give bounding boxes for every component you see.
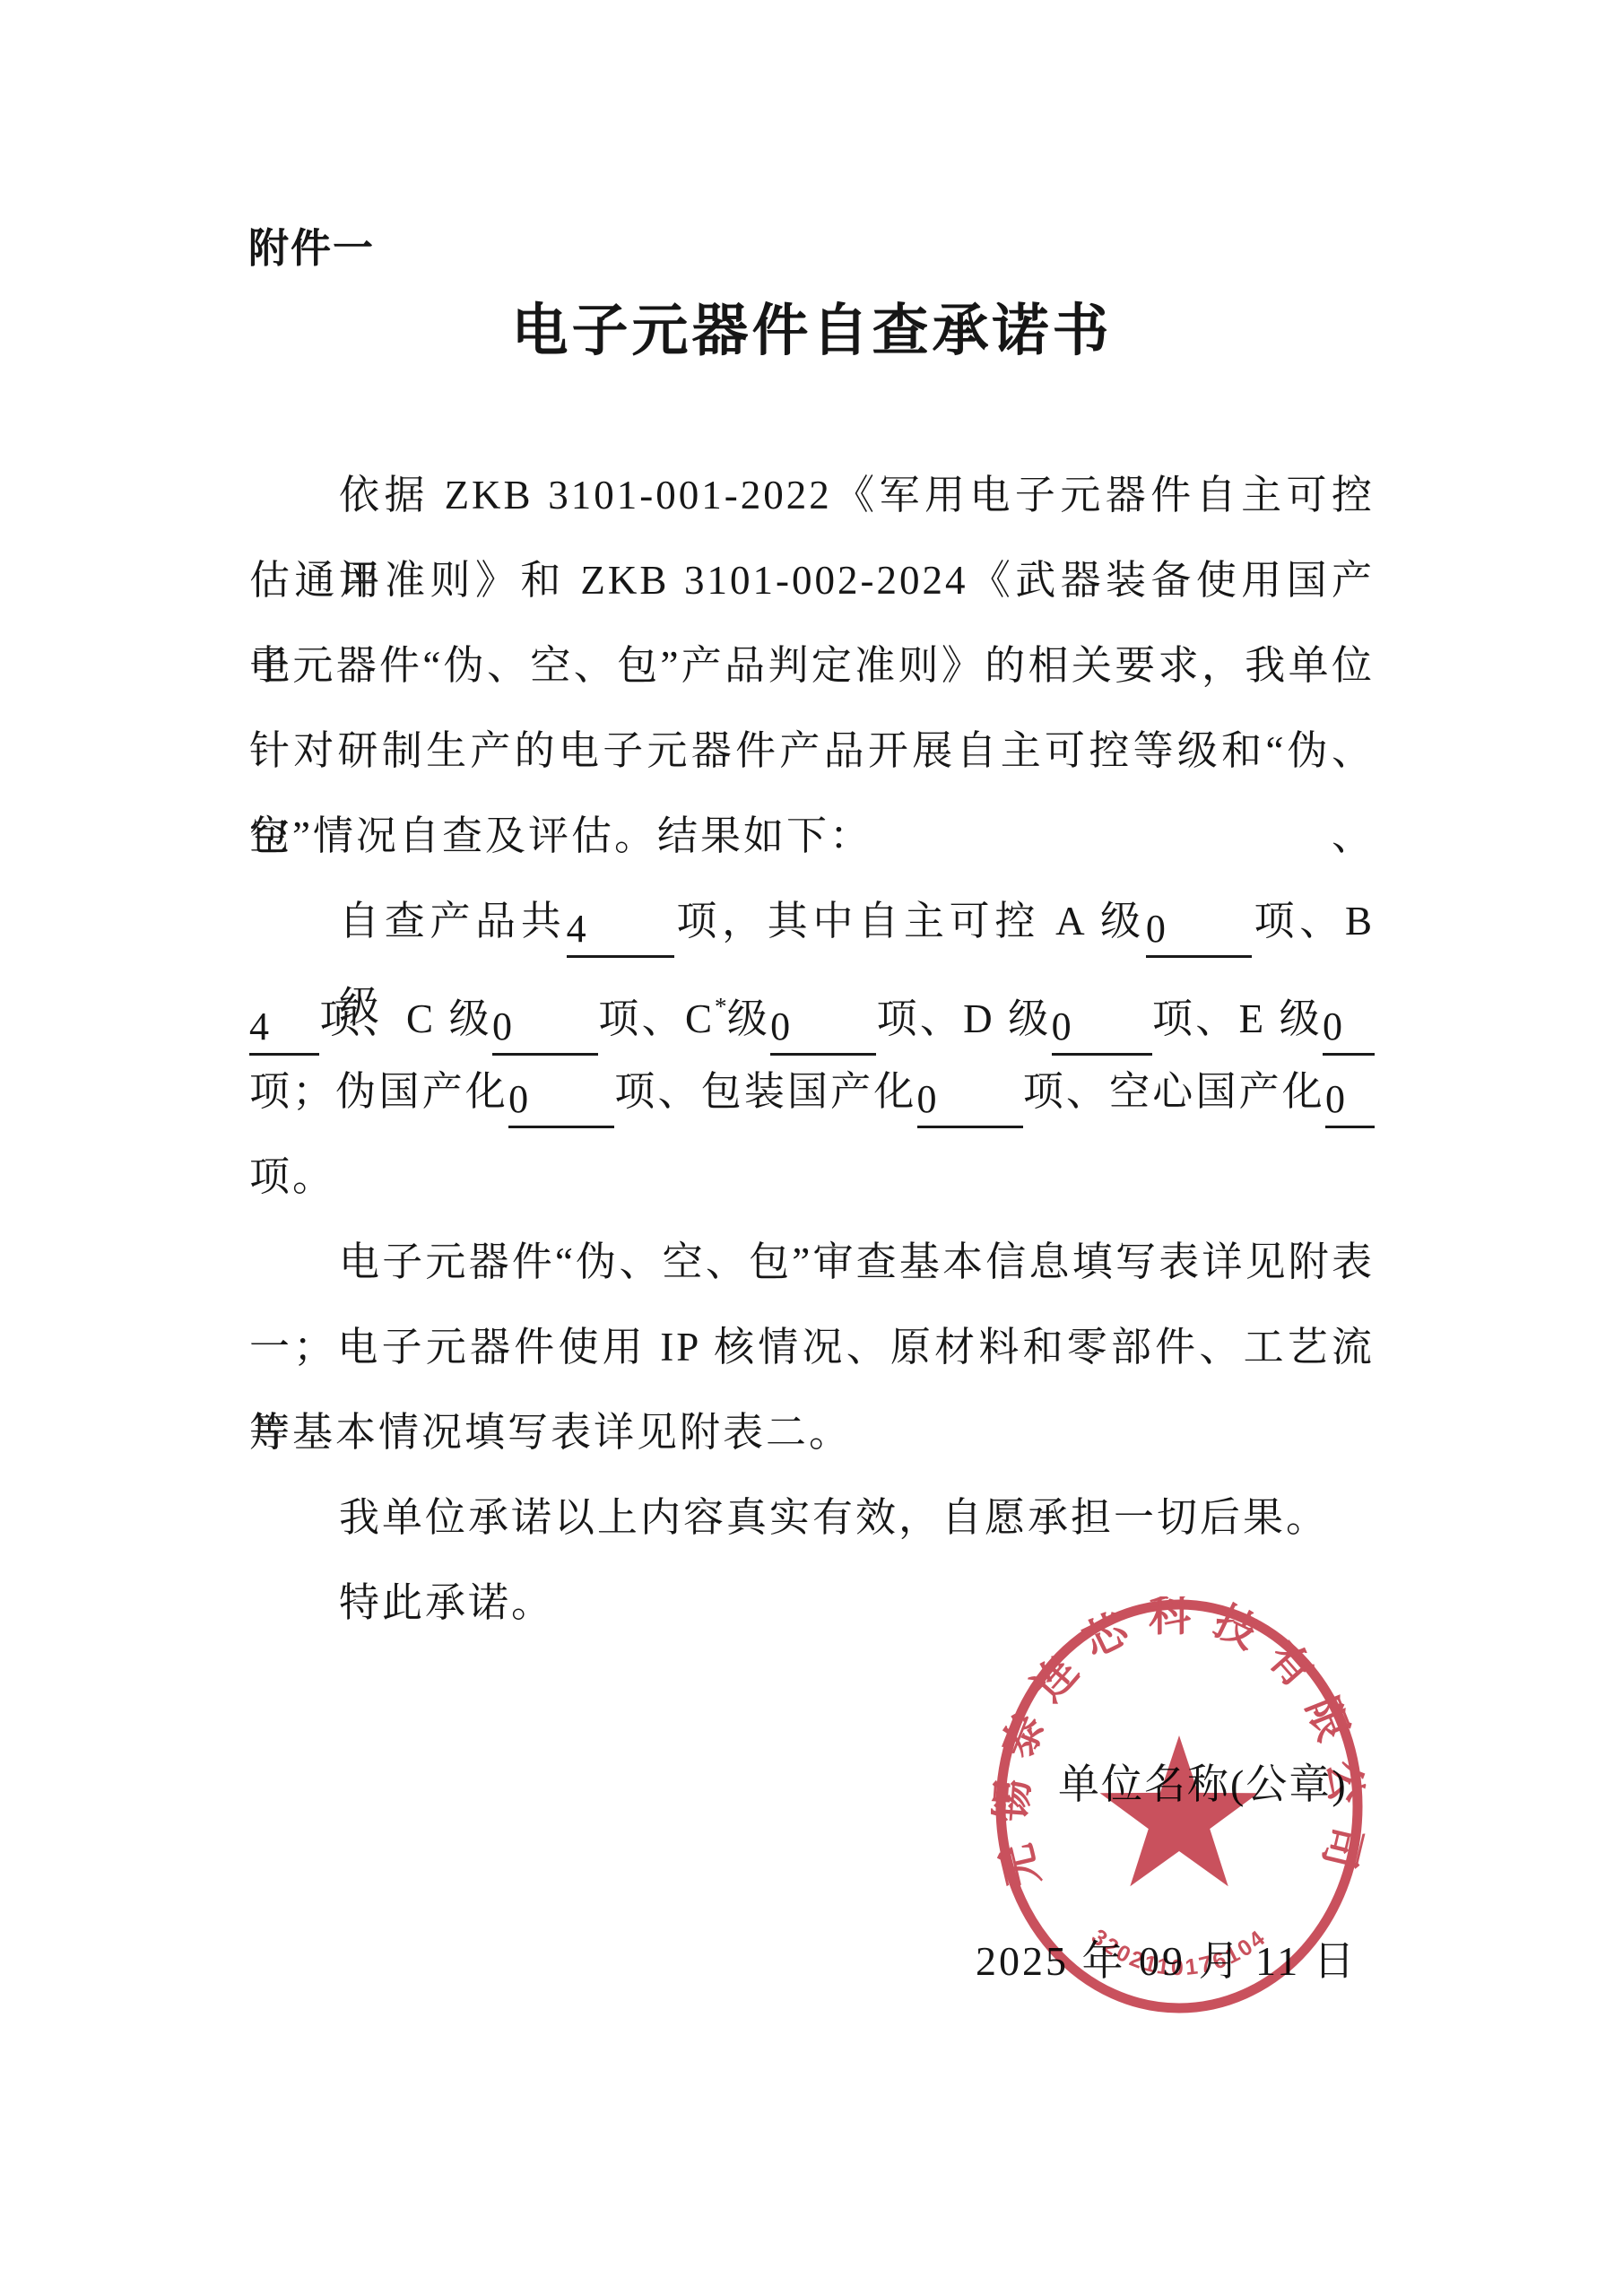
blank-value: 4 (249, 1004, 319, 1056)
company-seal-stamp: 无锡泰连芯科技有限公司 3202110176104 (991, 1596, 1367, 2016)
document-body: 依据 ZKB 3101-001-2022《军用电子元器件自主可控评估通用准则》和… (249, 453, 1375, 1646)
document-page: 附件一 电子元器件自查承诺书 依据 ZKB 3101-001-2022《军用电子… (0, 0, 1623, 2296)
text-run: 项、E 级 (1152, 996, 1323, 1041)
text-run: 项、C (598, 996, 715, 1041)
body-line: 针对研制生产的电子元器件产品开展自主可控等级和“伪、空、 (249, 709, 1375, 794)
text-run: 项、D 级 (876, 996, 1051, 1041)
body-line: 我单位承诺以上内容真实有效，自愿承担一切后果。 (249, 1475, 1375, 1561)
stamp-star-icon (1100, 1735, 1259, 1886)
superscript-asterisk: * (715, 964, 727, 1049)
stamp-serial-text: 3202110176104 (1087, 1925, 1271, 1980)
body-line: 等基本情况填写表详见附表二。 (249, 1390, 1375, 1475)
blank-value: 0 (508, 1076, 614, 1128)
text-run: 级 (726, 996, 770, 1041)
blank-value: 0 (1323, 1004, 1375, 1056)
text-run: 等基本情况填写表详见附表二。 (249, 1410, 852, 1455)
page-title: 电子元器件自查承诺书 (249, 285, 1375, 367)
blank-value: 0 (1146, 906, 1252, 958)
body-line: 子元器件“伪、空、包”产品判定准则》的相关要求，我单位 (249, 623, 1375, 709)
text-run: 包”情况自查及评估。结果如下： (249, 813, 872, 858)
body-line: 一；电子元器件使用 IP 核情况、原材料和零部件、工艺流片 (249, 1305, 1375, 1390)
blank-value: 4 (567, 906, 674, 958)
blank-value: 0 (770, 1004, 876, 1056)
text-run: 项，其中自主可控 A 级 (674, 899, 1146, 944)
text-run: 项、包装国产化 (614, 1069, 916, 1114)
text-run: 特此承诺。 (339, 1580, 554, 1625)
body-line: 自查产品共4项，其中自主可控 A 级0项、B 级 (249, 879, 1375, 964)
text-run: 项。 (249, 1154, 335, 1199)
body-line: 项。 (249, 1135, 1375, 1220)
text-run: 项；伪国产化 (249, 1069, 508, 1114)
stamp-svg: 无锡泰连芯科技有限公司 3202110176104 (991, 1596, 1367, 2016)
text-run: 项、空心国产化 (1023, 1069, 1325, 1114)
body-line: 估通用准则》和 ZKB 3101-002-2024《武器装备使用国产电 (249, 538, 1375, 623)
body-line: 依据 ZKB 3101-001-2022《军用电子元器件自主可控评 (249, 453, 1375, 538)
text-run: 自查产品共 (339, 899, 567, 944)
text-run: 项、C 级 (319, 996, 492, 1041)
blank-value: 0 (1325, 1076, 1375, 1128)
body-line: 4项、C 级0项、C*级0项、D 级0项、E 级0 (249, 964, 1375, 1049)
blank-value: 0 (1052, 1004, 1152, 1056)
body-line: 电子元器件“伪、空、包”审查基本信息填写表详见附表 (249, 1220, 1375, 1305)
blank-value: 0 (917, 1076, 1023, 1128)
text-run: 电子元器件“伪、空、包”审查基本信息填写表详见附表 (339, 1239, 1375, 1284)
blank-value: 0 (492, 1004, 598, 1056)
text-run: 我单位承诺以上内容真实有效，自愿承担一切后果。 (339, 1495, 1329, 1540)
body-line: 项；伪国产化0项、包装国产化0项、空心国产化0 (249, 1049, 1375, 1135)
text-run: 子元器件“伪、空、包”产品判定准则》的相关要求，我单位 (249, 643, 1375, 688)
attachment-label: 附件一 (248, 215, 375, 274)
